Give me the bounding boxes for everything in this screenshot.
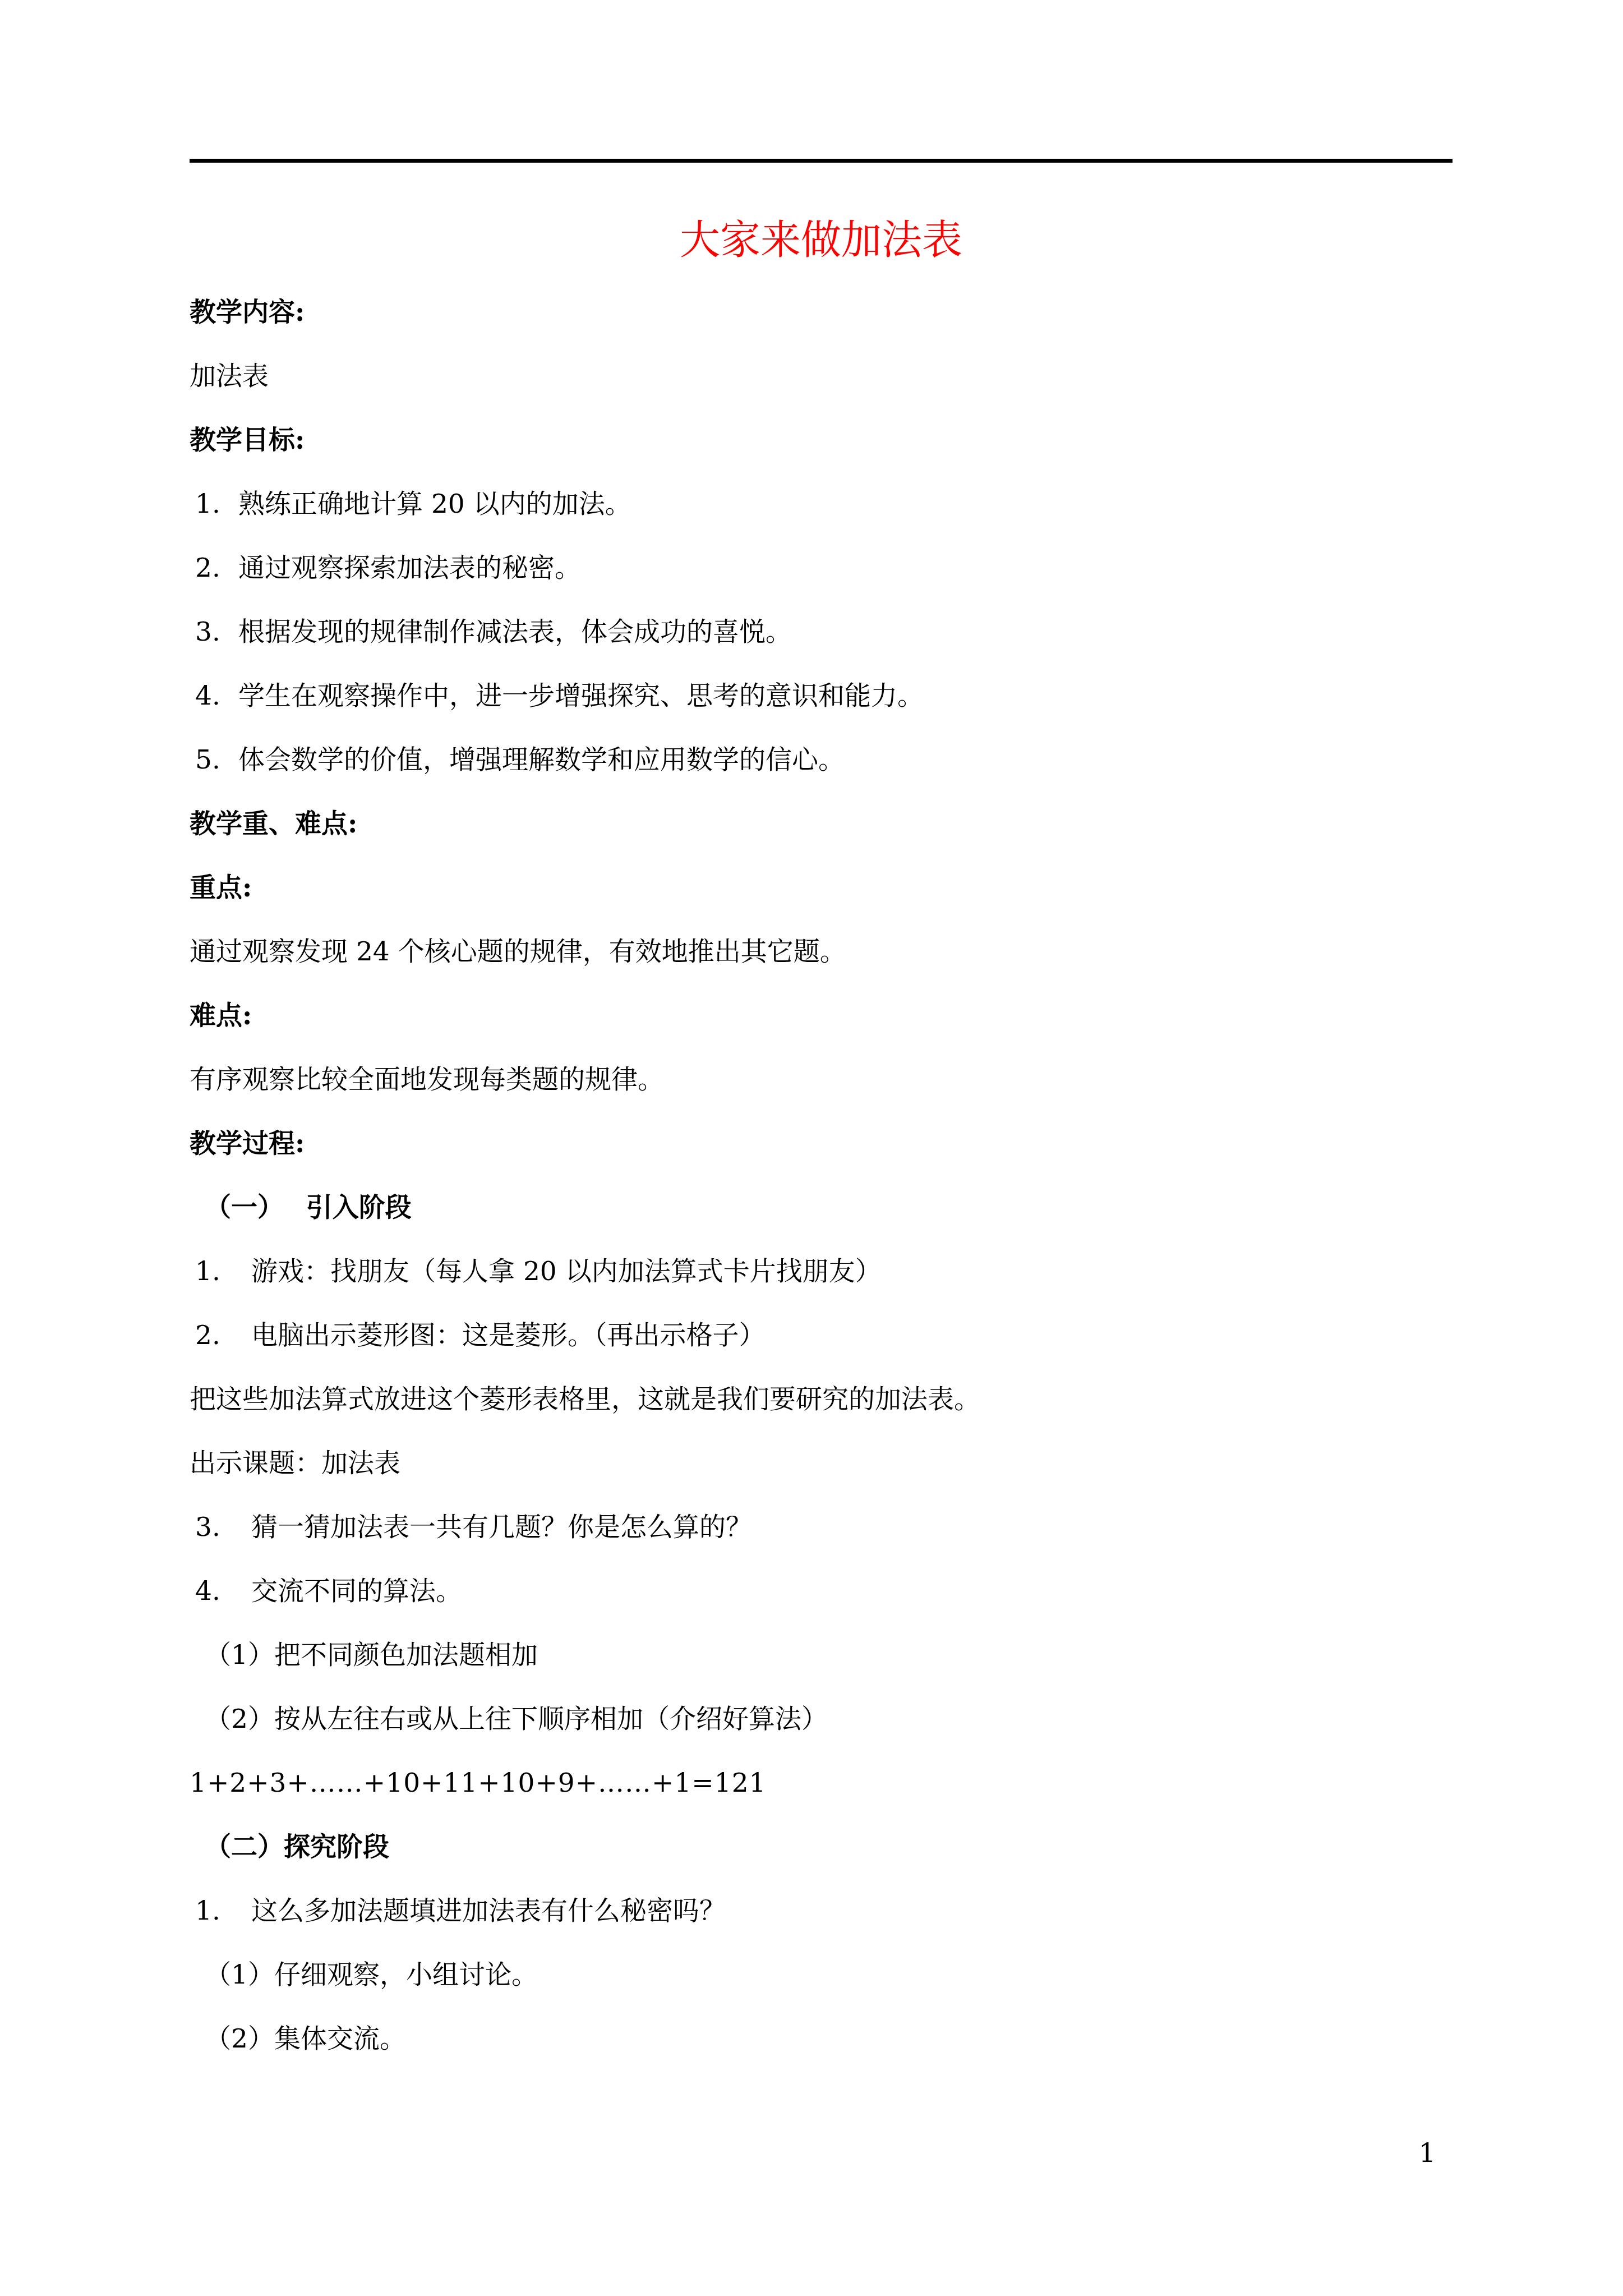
- list-text: 电脑出示菱形图：这是菱形。（再出示格子）: [251, 1320, 766, 1351]
- heading: 教学过程:: [190, 1112, 1453, 1176]
- list-item: 2.电脑出示菱形图：这是菱形。（再出示格子）: [190, 1304, 1453, 1368]
- list-number: 1.: [195, 472, 238, 536]
- list-item: 2.通过观察探索加法表的秘密。: [190, 536, 1453, 600]
- heading: 难点:: [190, 984, 1453, 1048]
- list-number: 3.: [195, 1496, 251, 1559]
- list-number: 2.: [195, 1304, 251, 1368]
- list-number: 3.: [195, 600, 238, 664]
- list-text: 通过观察探索加法表的秘密。: [238, 553, 581, 583]
- list-text: 熟练正确地计算 20 以内的加法。: [238, 489, 631, 519]
- heading: 教学目标:: [190, 408, 1453, 472]
- header-rule: [190, 159, 1453, 163]
- page-number: 1: [190, 2122, 1436, 2185]
- content: 教学内容:加法表教学目标:1.熟练正确地计算 20 以内的加法。2.通过观察探索…: [190, 280, 1453, 2071]
- paragraph: 出示课题：加法表: [190, 1432, 1453, 1496]
- document-title: 大家来做加法表: [190, 208, 1453, 272]
- sub-list-item: （1）仔细观察，小组讨论。: [190, 1943, 1453, 2007]
- list-item: 1.熟练正确地计算 20 以内的加法。: [190, 472, 1453, 536]
- list-number: 1.: [195, 1879, 251, 1943]
- heading: 教学内容:: [190, 280, 1453, 344]
- list-item: 1.游戏：找朋友（每人拿 20 以内加法算式卡片找朋友）: [190, 1240, 1453, 1304]
- heading: 教学重、难点:: [190, 792, 1453, 856]
- sub-list-item: （2）按从左往右或从上往下顺序相加（介绍好算法）: [190, 1687, 1453, 1751]
- list-item: 3.猜一猜加法表一共有几题？你是怎么算的？: [190, 1496, 1453, 1559]
- list-text: 交流不同的算法。: [251, 1576, 462, 1607]
- list-item: 4.学生在观察操作中，进一步增强探究、思考的意识和能力。: [190, 664, 1453, 728]
- paragraph: 通过观察发现 24 个核心题的规律，有效地推出其它题。: [190, 920, 1453, 984]
- sub-list-item: （2）集体交流。: [190, 2007, 1453, 2071]
- list-number: 4.: [195, 1559, 251, 1623]
- list-item: 4.交流不同的算法。: [190, 1559, 1453, 1623]
- list-number: 2.: [195, 536, 238, 600]
- list-text: 学生在观察操作中，进一步增强探究、思考的意识和能力。: [238, 680, 924, 711]
- heading: 重点:: [190, 856, 1453, 920]
- list-number: 4.: [195, 664, 238, 728]
- list-item: 5.体会数学的价值，增强理解数学和应用数学的信心。: [190, 728, 1453, 792]
- document-page: { "title": { "text": "大家来做加法表", "color":…: [0, 0, 1623, 2296]
- list-item: 3.根据发现的规律制作减法表，体会成功的喜悦。: [190, 600, 1453, 664]
- list-text: 游戏：找朋友（每人拿 20 以内加法算式卡片找朋友）: [251, 1256, 882, 1287]
- section-heading: （一） 引入阶段: [190, 1176, 1453, 1240]
- section-heading: （二）探究阶段: [190, 1815, 1453, 1879]
- paragraph: 加法表: [190, 344, 1453, 408]
- list-text: 根据发现的规律制作减法表，体会成功的喜悦。: [238, 616, 792, 647]
- list-number: 5.: [195, 728, 238, 792]
- sub-list-item: （1）把不同颜色加法题相加: [190, 1623, 1453, 1687]
- list-number: 1.: [195, 1240, 251, 1304]
- paragraph: 把这些加法算式放进这个菱形表格里，这就是我们要研究的加法表。: [190, 1368, 1453, 1432]
- list-text: 体会数学的价值，增强理解数学和应用数学的信心。: [238, 744, 845, 775]
- list-item: 1.这么多加法题填进加法表有什么秘密吗？: [190, 1879, 1453, 1943]
- paragraph: 有序观察比较全面地发现每类题的规律。: [190, 1048, 1453, 1112]
- list-text: 猜一猜加法表一共有几题？你是怎么算的？: [251, 1512, 752, 1543]
- list-text: 这么多加法题填进加法表有什么秘密吗？: [251, 1895, 726, 1926]
- formula-line: 1+2+3+……+10+11+10+9+……+1=121: [190, 1751, 1453, 1815]
